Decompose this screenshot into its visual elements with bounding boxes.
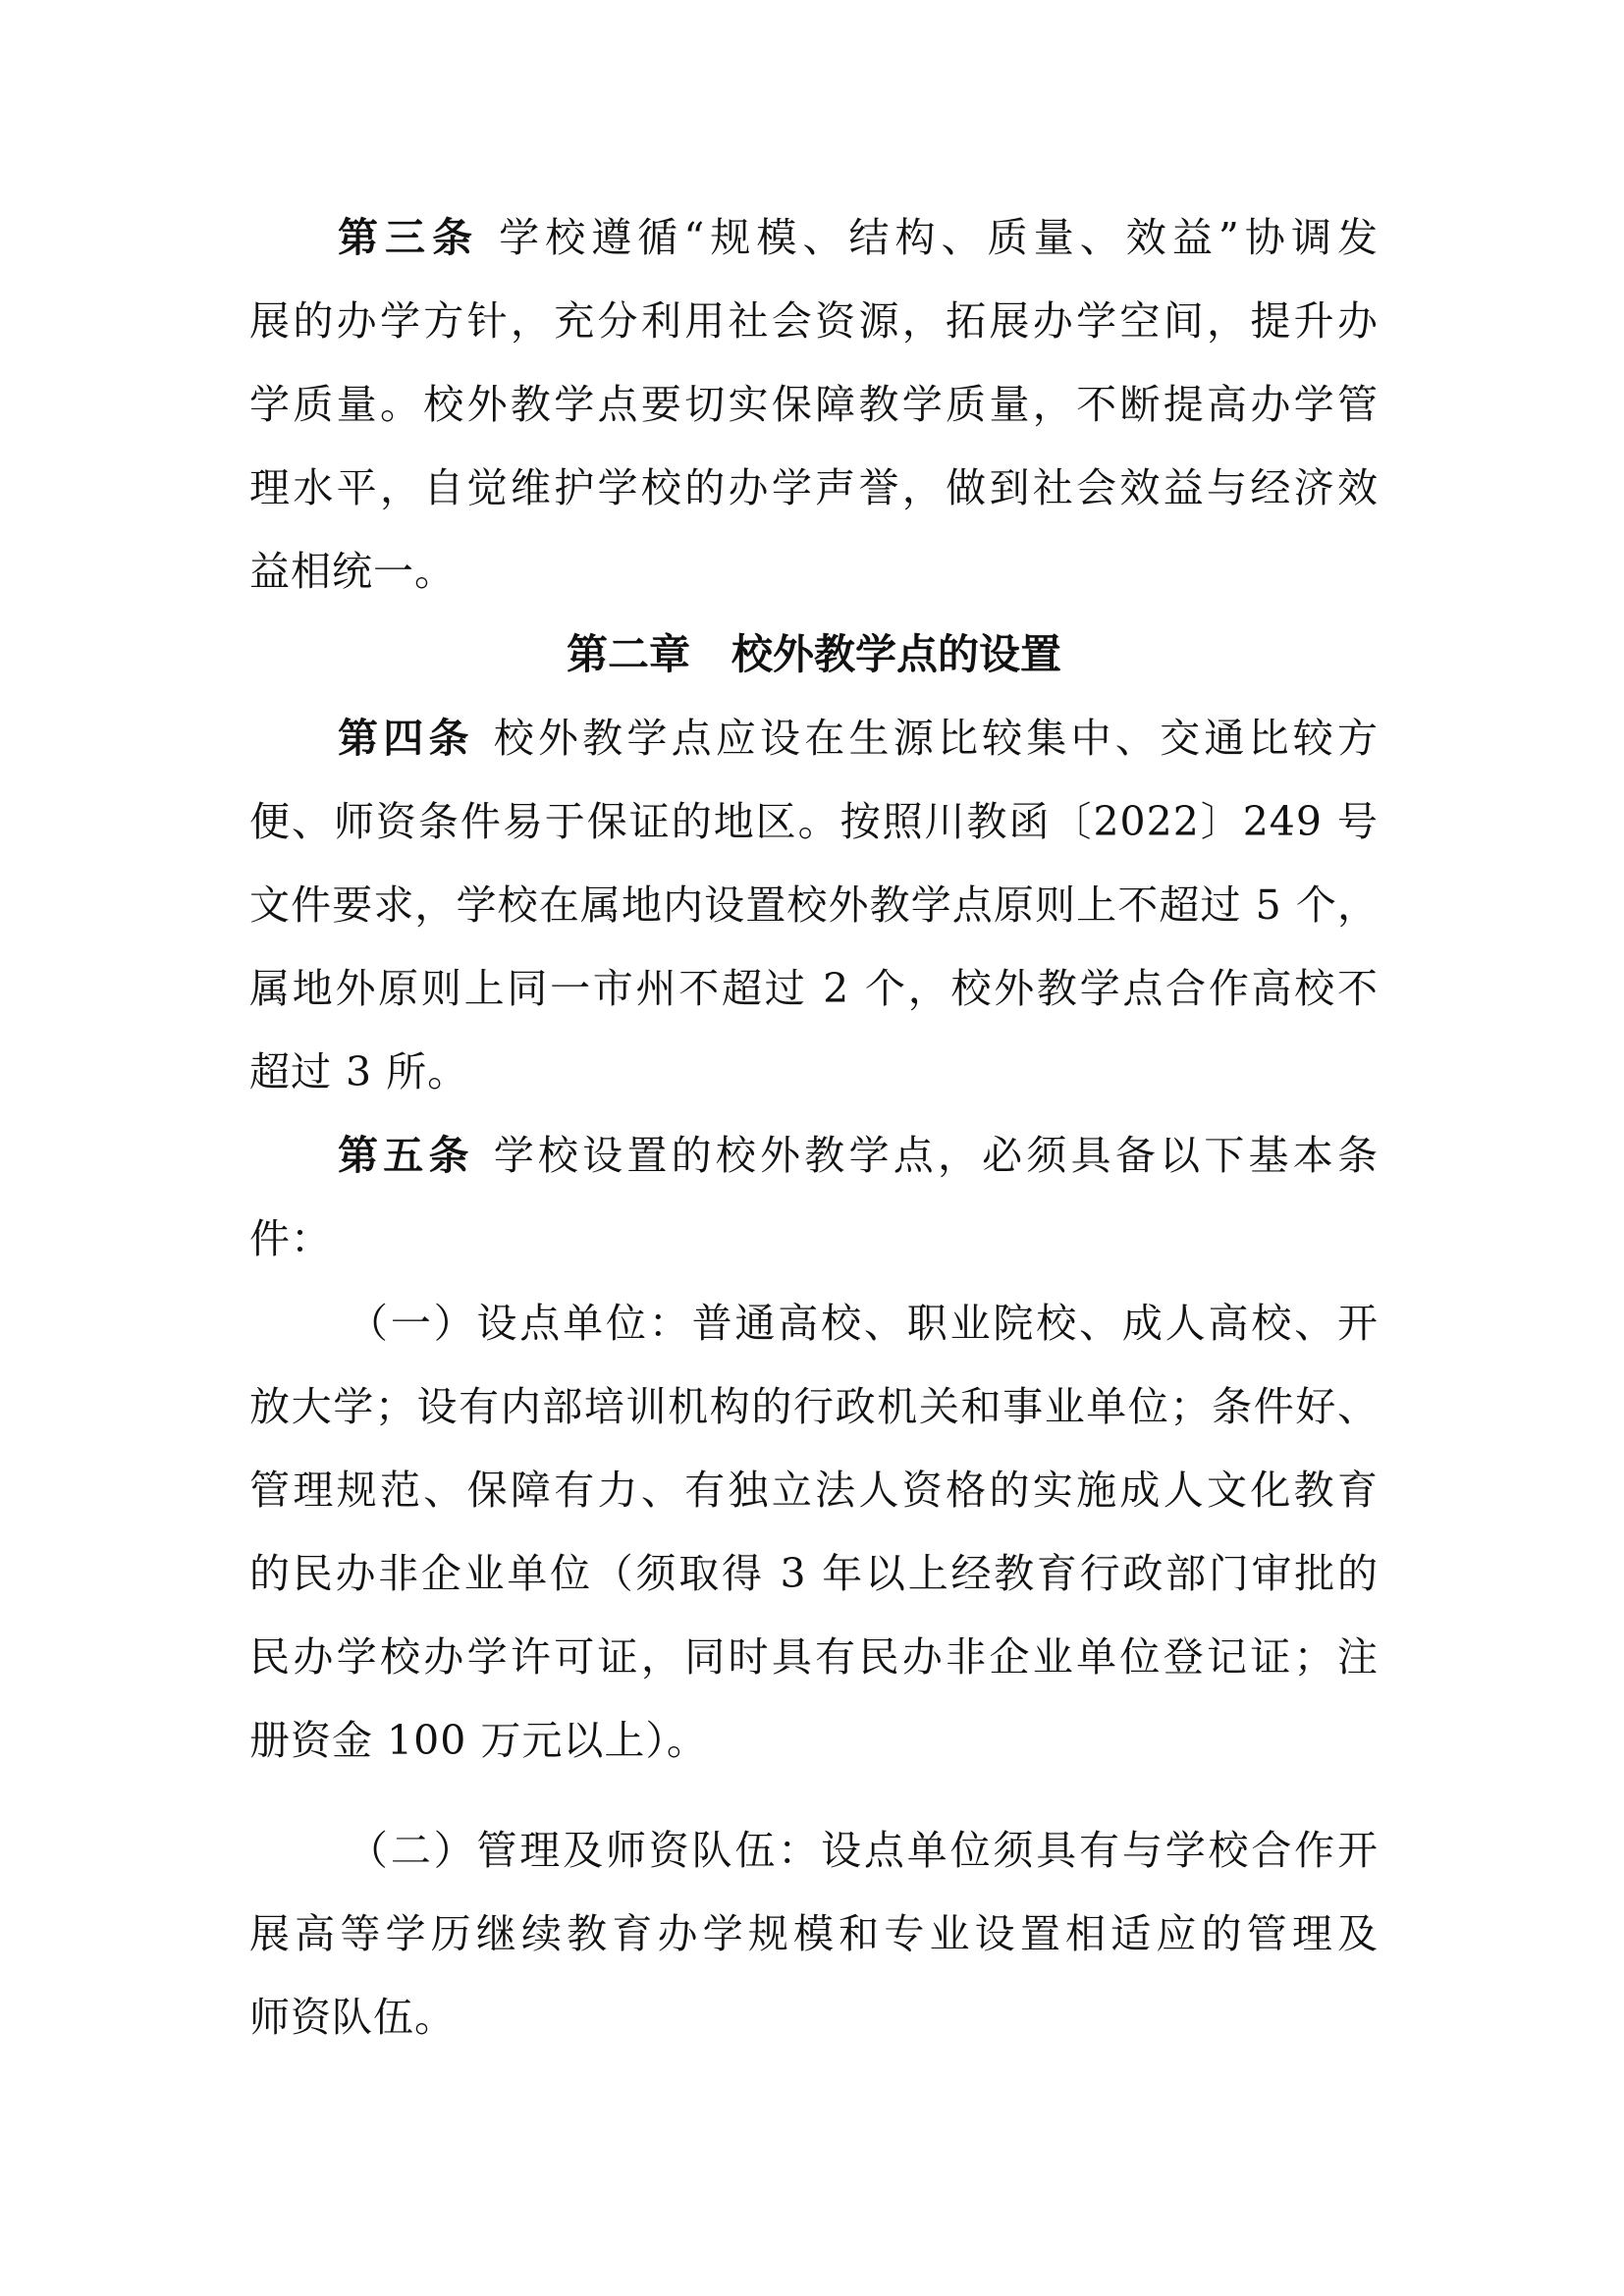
item-2-line-1: （二）管理及师资队伍：设点单位须具有与学校合作开 [348,1821,1379,1880]
article-4-line-5: 超过 3 所。 [249,1042,1379,1101]
article-3-line-2: 展的办学方针，充分利用社会资源，拓展办学空间，提升办 [249,292,1379,350]
article-4-text: 校外教学点应设在生源比较集中、交通比较方 [494,715,1379,762]
article-4-line-4: 属地外原则上同一市州不超过 2 个，校外教学点合作高校不 [249,959,1379,1018]
article-3-line-5: 益相统一。 [249,542,1379,601]
article-4-label: 第四条 [338,715,474,762]
article-3-label: 第三条 [338,214,479,261]
item-1-line-6: 册资金 100 万元以上）。 [249,1711,1379,1770]
article-5-label: 第五条 [338,1132,474,1179]
article-3-line-4: 理水平，自觉维护学校的办学声誉，做到社会效益与经济效 [249,458,1379,517]
article-3-line-1: 第三条学校遵循“规模、结构、质量、效益”协调发 [338,208,1379,267]
article-3-line-3: 学质量。校外教学点要切实保障教学质量，不断提高办学管 [249,375,1379,434]
item-2-line-2: 展高等学历继续教育办学规模和专业设置相适应的管理及 [249,1904,1379,1963]
chapter-heading: 第二章 校外教学点的设置 [249,625,1379,684]
item-1-line-1: （一）设点单位：普通高校、职业院校、成人高校、开 [348,1294,1379,1353]
article-5-line-2: 件： [249,1209,1379,1268]
item-1-line-5: 民办学校办学许可证，同时具有民办非企业单位登记证；注 [249,1628,1379,1686]
article-5-text: 学校设置的校外教学点，必须具备以下基本条 [494,1132,1379,1179]
item-2-line-3: 师资队伍。 [249,1988,1379,2047]
article-4-line-1: 第四条校外教学点应设在生源比较集中、交通比较方 [338,709,1379,768]
item-1-line-3: 管理规范、保障有力、有独立法人资格的实施成人文化教育 [249,1461,1379,1520]
article-3-text: 学校遵循“规模、结构、质量、效益”协调发 [499,214,1379,261]
article-4-line-3: 文件要求，学校在属地内设置校外教学点原则上不超过 5 个， [249,876,1379,934]
item-1-line-4: 的民办非企业单位（须取得 3 年以上经教育行政部门审批的 [249,1544,1379,1603]
article-4-line-2: 便、师资条件易于保证的地区。按照川教函〔2022〕249 号 [249,792,1379,851]
article-5-line-1: 第五条学校设置的校外教学点，必须具备以下基本条 [338,1126,1379,1185]
item-1-line-2: 放大学；设有内部培训机构的行政机关和事业单位；条件好、 [249,1377,1379,1436]
